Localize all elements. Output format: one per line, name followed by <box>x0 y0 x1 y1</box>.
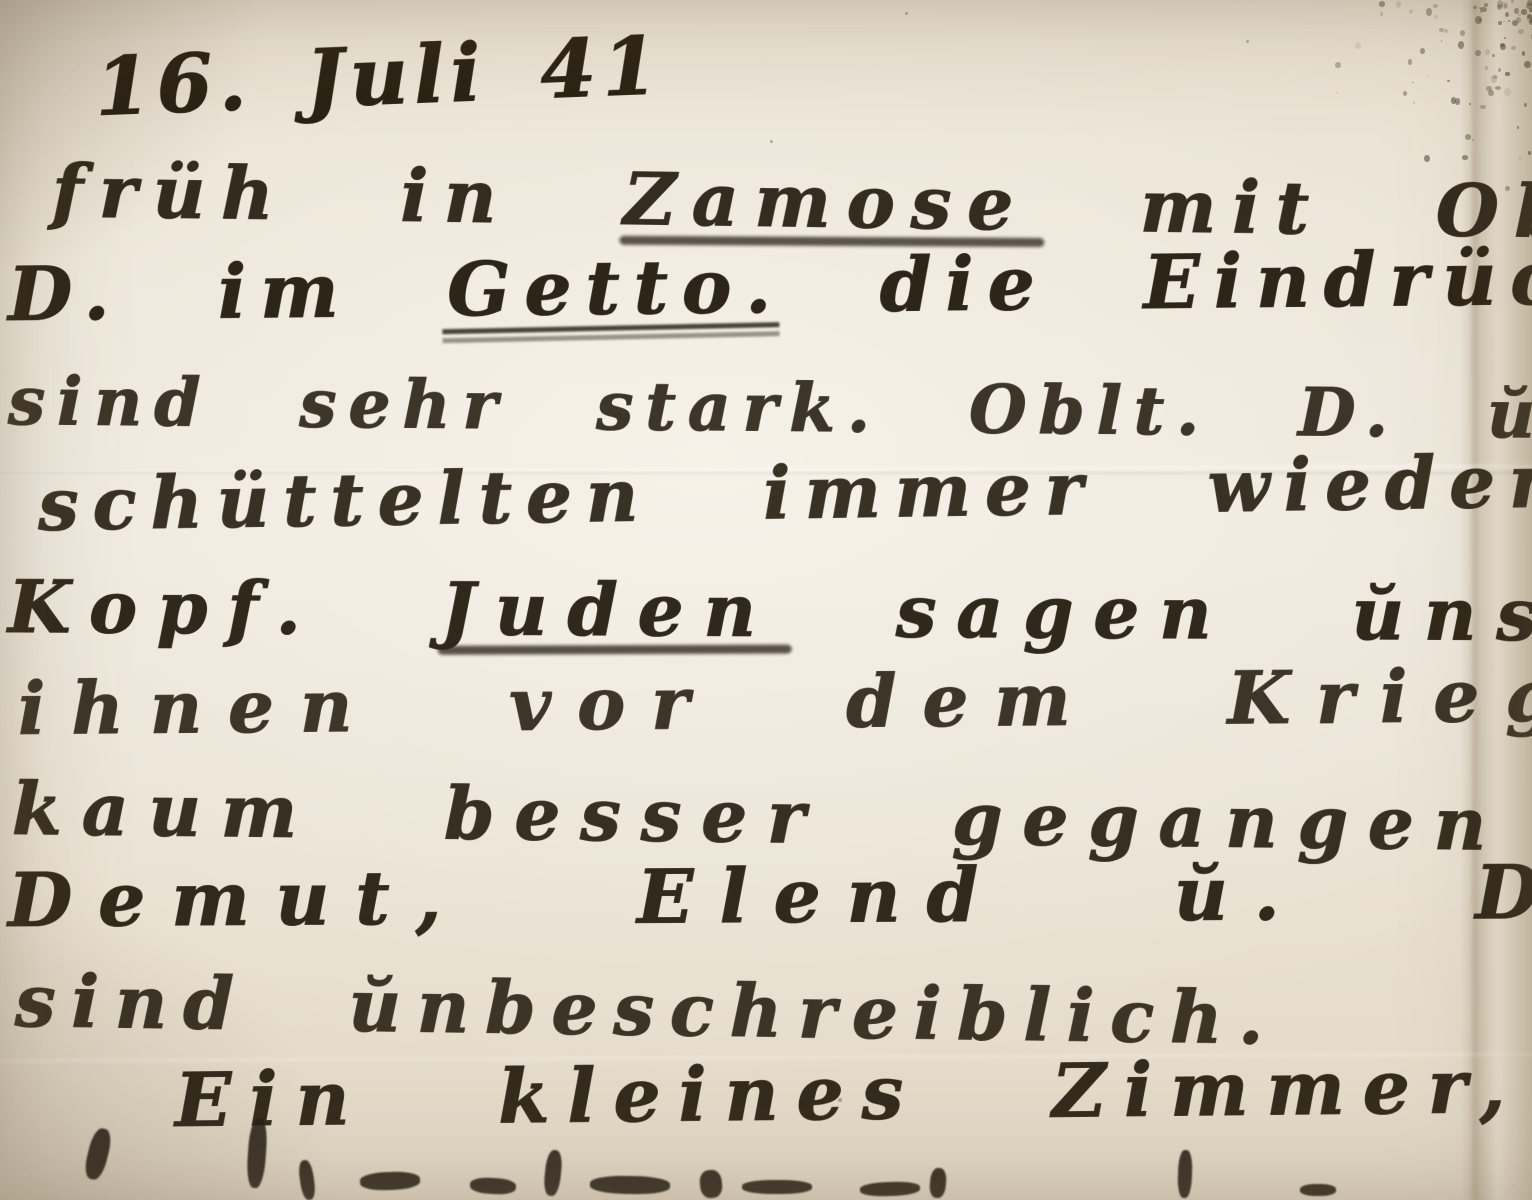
handwriting-line: Ein kleines Zimmer, 4 <box>175 1042 1532 1144</box>
handwriting-segment: sagen ŭns daß <box>776 568 1532 659</box>
dust-speck <box>1408 59 1413 65</box>
handwriting-segment: Kopf. <box>8 564 441 651</box>
dust-speck <box>1485 49 1490 55</box>
dust-speck <box>1500 44 1506 50</box>
cut-off-glyph-stroke <box>470 1177 517 1195</box>
dust-speck <box>1522 52 1526 56</box>
dust-speck <box>1505 72 1510 75</box>
handwriting-segment: Getto <box>447 244 746 333</box>
dust-speck <box>1458 44 1460 46</box>
dust-speck <box>1413 101 1415 103</box>
dust-speck <box>1336 92 1338 94</box>
cut-off-glyph-stroke <box>297 1159 316 1200</box>
dust-speck <box>1484 3 1488 7</box>
dust-speck <box>1444 29 1448 33</box>
handwriting-segment: schüttelten immer wieder d <box>37 435 1532 547</box>
handwriting-line: schüttelten immer wieder d <box>37 435 1532 547</box>
dust-speck <box>1403 91 1407 96</box>
handwriting-segment: Juden <box>441 566 776 653</box>
cut-off-glyph-stroke <box>590 1175 670 1194</box>
cut-off-glyph-stroke <box>82 1126 114 1181</box>
handwriting-line: ihnen vor dem Krieg ja <box>18 650 1532 751</box>
dust-speck <box>1504 37 1506 39</box>
handwriting-segment: . die Eindrück <box>745 235 1532 330</box>
dust-speck <box>1504 88 1511 96</box>
handwriting-segment: Demut, Elend ŭ. Dreck <box>8 848 1532 944</box>
dust-speck <box>905 12 908 15</box>
handwriting-segment: früh in <box>51 148 624 241</box>
dust-speck <box>1447 80 1450 83</box>
dust-speck <box>1479 7 1481 9</box>
dust-speck <box>1246 40 1249 43</box>
diary-page-photo: 16. Juli 41früh in Zamose mit ObltD. im … <box>0 0 1532 1200</box>
dust-speck <box>1486 86 1492 91</box>
dust-speck <box>1528 151 1531 155</box>
handwriting-segment: D. im <box>8 247 448 338</box>
dust-speck <box>1514 8 1519 14</box>
dust-speck <box>1380 12 1383 16</box>
dust-speck <box>1516 17 1521 23</box>
dust-speck <box>1519 158 1521 160</box>
dust-speck <box>1396 1 1401 7</box>
dust-speck <box>1409 9 1413 14</box>
handwriting-segment: Zamose <box>623 156 1030 247</box>
dust-speck <box>1335 62 1341 68</box>
dust-speck <box>1475 50 1481 56</box>
handwriting-segment: 16. Juli 41 <box>93 18 665 134</box>
dust-speck <box>1493 75 1498 79</box>
cut-off-glyph-stroke <box>860 1181 920 1197</box>
handwriting-line: 16. Juli 41 <box>93 18 665 134</box>
dust-speck <box>1441 40 1443 42</box>
handwriting-segment: ihnen vor dem Krieg ja <box>18 650 1532 751</box>
dust-speck <box>1433 4 1438 8</box>
cut-off-glyph-stroke <box>1177 1150 1193 1198</box>
dust-speck <box>1426 8 1433 16</box>
cut-off-glyph-stroke <box>543 1149 564 1196</box>
dust-speck <box>1462 155 1468 159</box>
dust-speck <box>1527 14 1531 18</box>
cut-off-glyph-stroke <box>360 1171 421 1191</box>
dust-speck <box>1492 54 1495 58</box>
handwriting-segment: sind ŭnbeschreiblich. <box>14 958 1280 1061</box>
dust-speck <box>1503 21 1505 23</box>
dust-speck <box>1355 42 1362 50</box>
dust-speck <box>1517 126 1519 128</box>
dust-speck <box>1412 82 1414 84</box>
cut-off-glyph-stroke <box>699 1169 724 1199</box>
handwriting-line: D. im Getto. die Eindrück <box>8 235 1532 338</box>
dust-speck <box>1420 48 1425 54</box>
dust-speck <box>1424 155 1430 162</box>
dust-speck <box>1379 1 1386 7</box>
handwriting-line: Kopf. Juden sagen ŭns daß <box>8 564 1532 659</box>
handwriting-line: sind ŭnbeschreiblich. <box>14 958 1280 1061</box>
dust-speck <box>1473 6 1477 9</box>
handwriting-line: Demut, Elend ŭ. Dreck <box>8 848 1532 944</box>
dust-speck <box>770 140 773 143</box>
dust-speck <box>1524 61 1531 68</box>
cut-off-glyph-stroke <box>929 1167 948 1198</box>
dust-speck <box>1465 134 1471 140</box>
handwriting-segment: Ein kleines Zimmer, 4 <box>175 1042 1532 1144</box>
dust-speck <box>1427 75 1429 77</box>
dust-speck <box>1518 29 1524 34</box>
cut-off-glyph-stroke <box>742 1180 812 1194</box>
cut-off-glyph-stroke <box>1300 1184 1336 1196</box>
dust-speck <box>1495 86 1501 90</box>
dust-speck <box>1511 0 1513 2</box>
dust-speck <box>1434 15 1438 19</box>
